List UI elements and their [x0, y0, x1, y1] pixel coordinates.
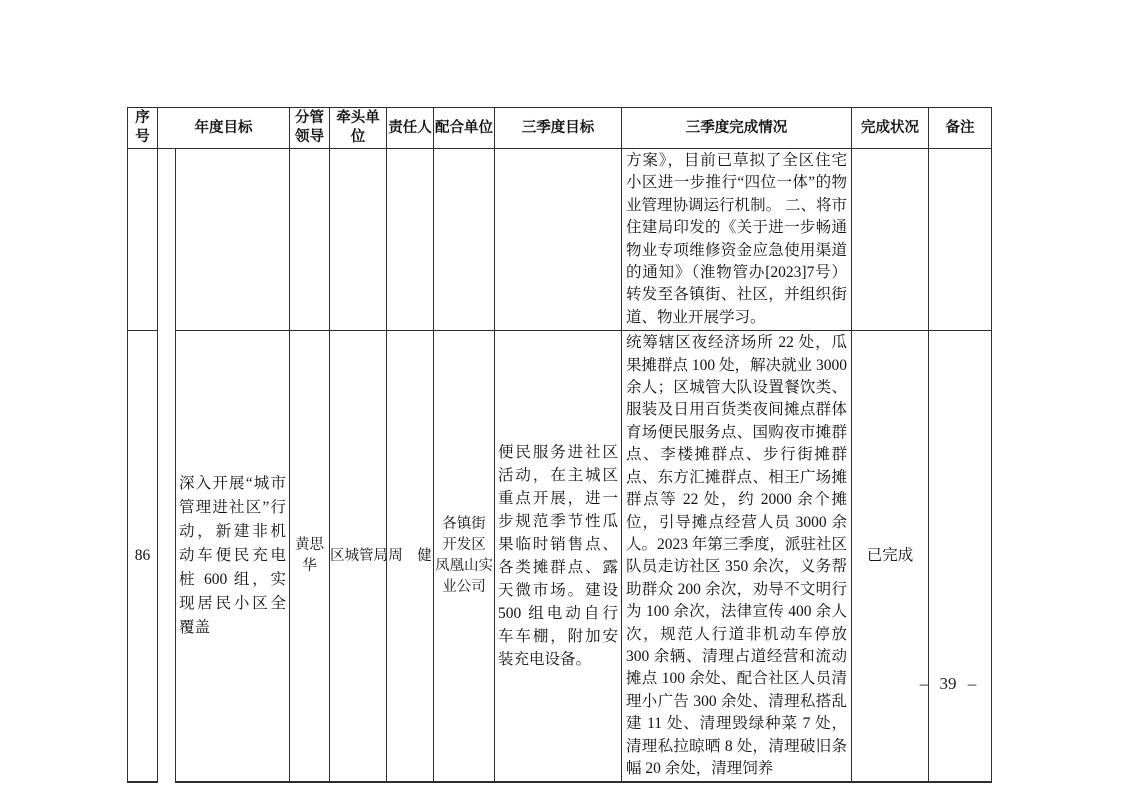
- cell-group-spacer: [158, 149, 176, 783]
- table-header-row: 序号 年度目标 分管领导 牵头单位 责任人 配合单位 三季度目标 三季度完成情况…: [128, 108, 992, 149]
- cell-seq: [128, 149, 158, 331]
- document-page: 序号 年度目标 分管领导 牵头单位 责任人 配合单位 三季度目标 三季度完成情况…: [0, 0, 1122, 793]
- header-annual-goal: 年度目标: [158, 108, 290, 149]
- cell-leader: [290, 149, 330, 331]
- header-q3-goal: 三季度目标: [495, 108, 622, 149]
- header-cooperating-unit: 配合单位: [434, 108, 495, 149]
- header-q3-completion: 三季度完成情况: [622, 108, 852, 149]
- cell-q3-goal: [495, 149, 622, 331]
- cell-lead-unit: [330, 149, 387, 331]
- header-lead-unit: 牵头单位: [330, 108, 387, 149]
- header-remarks: 备注: [929, 108, 992, 149]
- cell-leader: 黄思华: [290, 331, 330, 783]
- cell-responsible: 周 健: [387, 331, 434, 783]
- header-leader: 分管领导: [290, 108, 330, 149]
- cell-status: 已完成: [852, 331, 929, 783]
- cell-cooperating-unit: [434, 149, 495, 331]
- cell-remarks: [929, 149, 992, 331]
- cell-annual-goal: 深入开展“城市管理进社区”行动，新建非机动车便民充电桩 600 组，实现居民小区…: [176, 331, 290, 783]
- cell-responsible: [387, 149, 434, 331]
- page-number: – 39 –: [898, 672, 998, 696]
- cell-remarks: [929, 331, 992, 783]
- cell-annual-goal: [176, 149, 290, 331]
- cell-status: [852, 149, 929, 331]
- cell-q3-goal: 便民服务进社区活动，在主城区重点开展，进一步规范季节性瓜果临时销售点、各类摊群点…: [495, 331, 622, 783]
- cell-lead-unit: 区城管局: [330, 331, 387, 783]
- header-status: 完成状况: [852, 108, 929, 149]
- cell-cooperating-unit: 各镇街 开发区 凤凰山实业公司: [434, 331, 495, 783]
- cell-q3-completion: 统筹辖区夜经济场所 22 处，瓜果摊群点 100 处，解决就业 3000 余人；…: [622, 331, 852, 783]
- header-seq: 序号: [128, 108, 158, 149]
- cell-q3-completion: 方案》，目前已草拟了全区住宅小区进一步推行“四位一体”的物业管理协调运行机制。 …: [622, 149, 852, 331]
- quarterly-report-table: 序号 年度目标 分管领导 牵头单位 责任人 配合单位 三季度目标 三季度完成情况…: [127, 107, 992, 783]
- cell-seq: 86: [128, 331, 158, 783]
- header-responsible: 责任人: [387, 108, 434, 149]
- table-row-continuation: 方案》，目前已草拟了全区住宅小区进一步推行“四位一体”的物业管理协调运行机制。 …: [128, 149, 992, 331]
- table-row-86: 86 深入开展“城市管理进社区”行动，新建非机动车便民充电桩 600 组，实现居…: [128, 331, 992, 783]
